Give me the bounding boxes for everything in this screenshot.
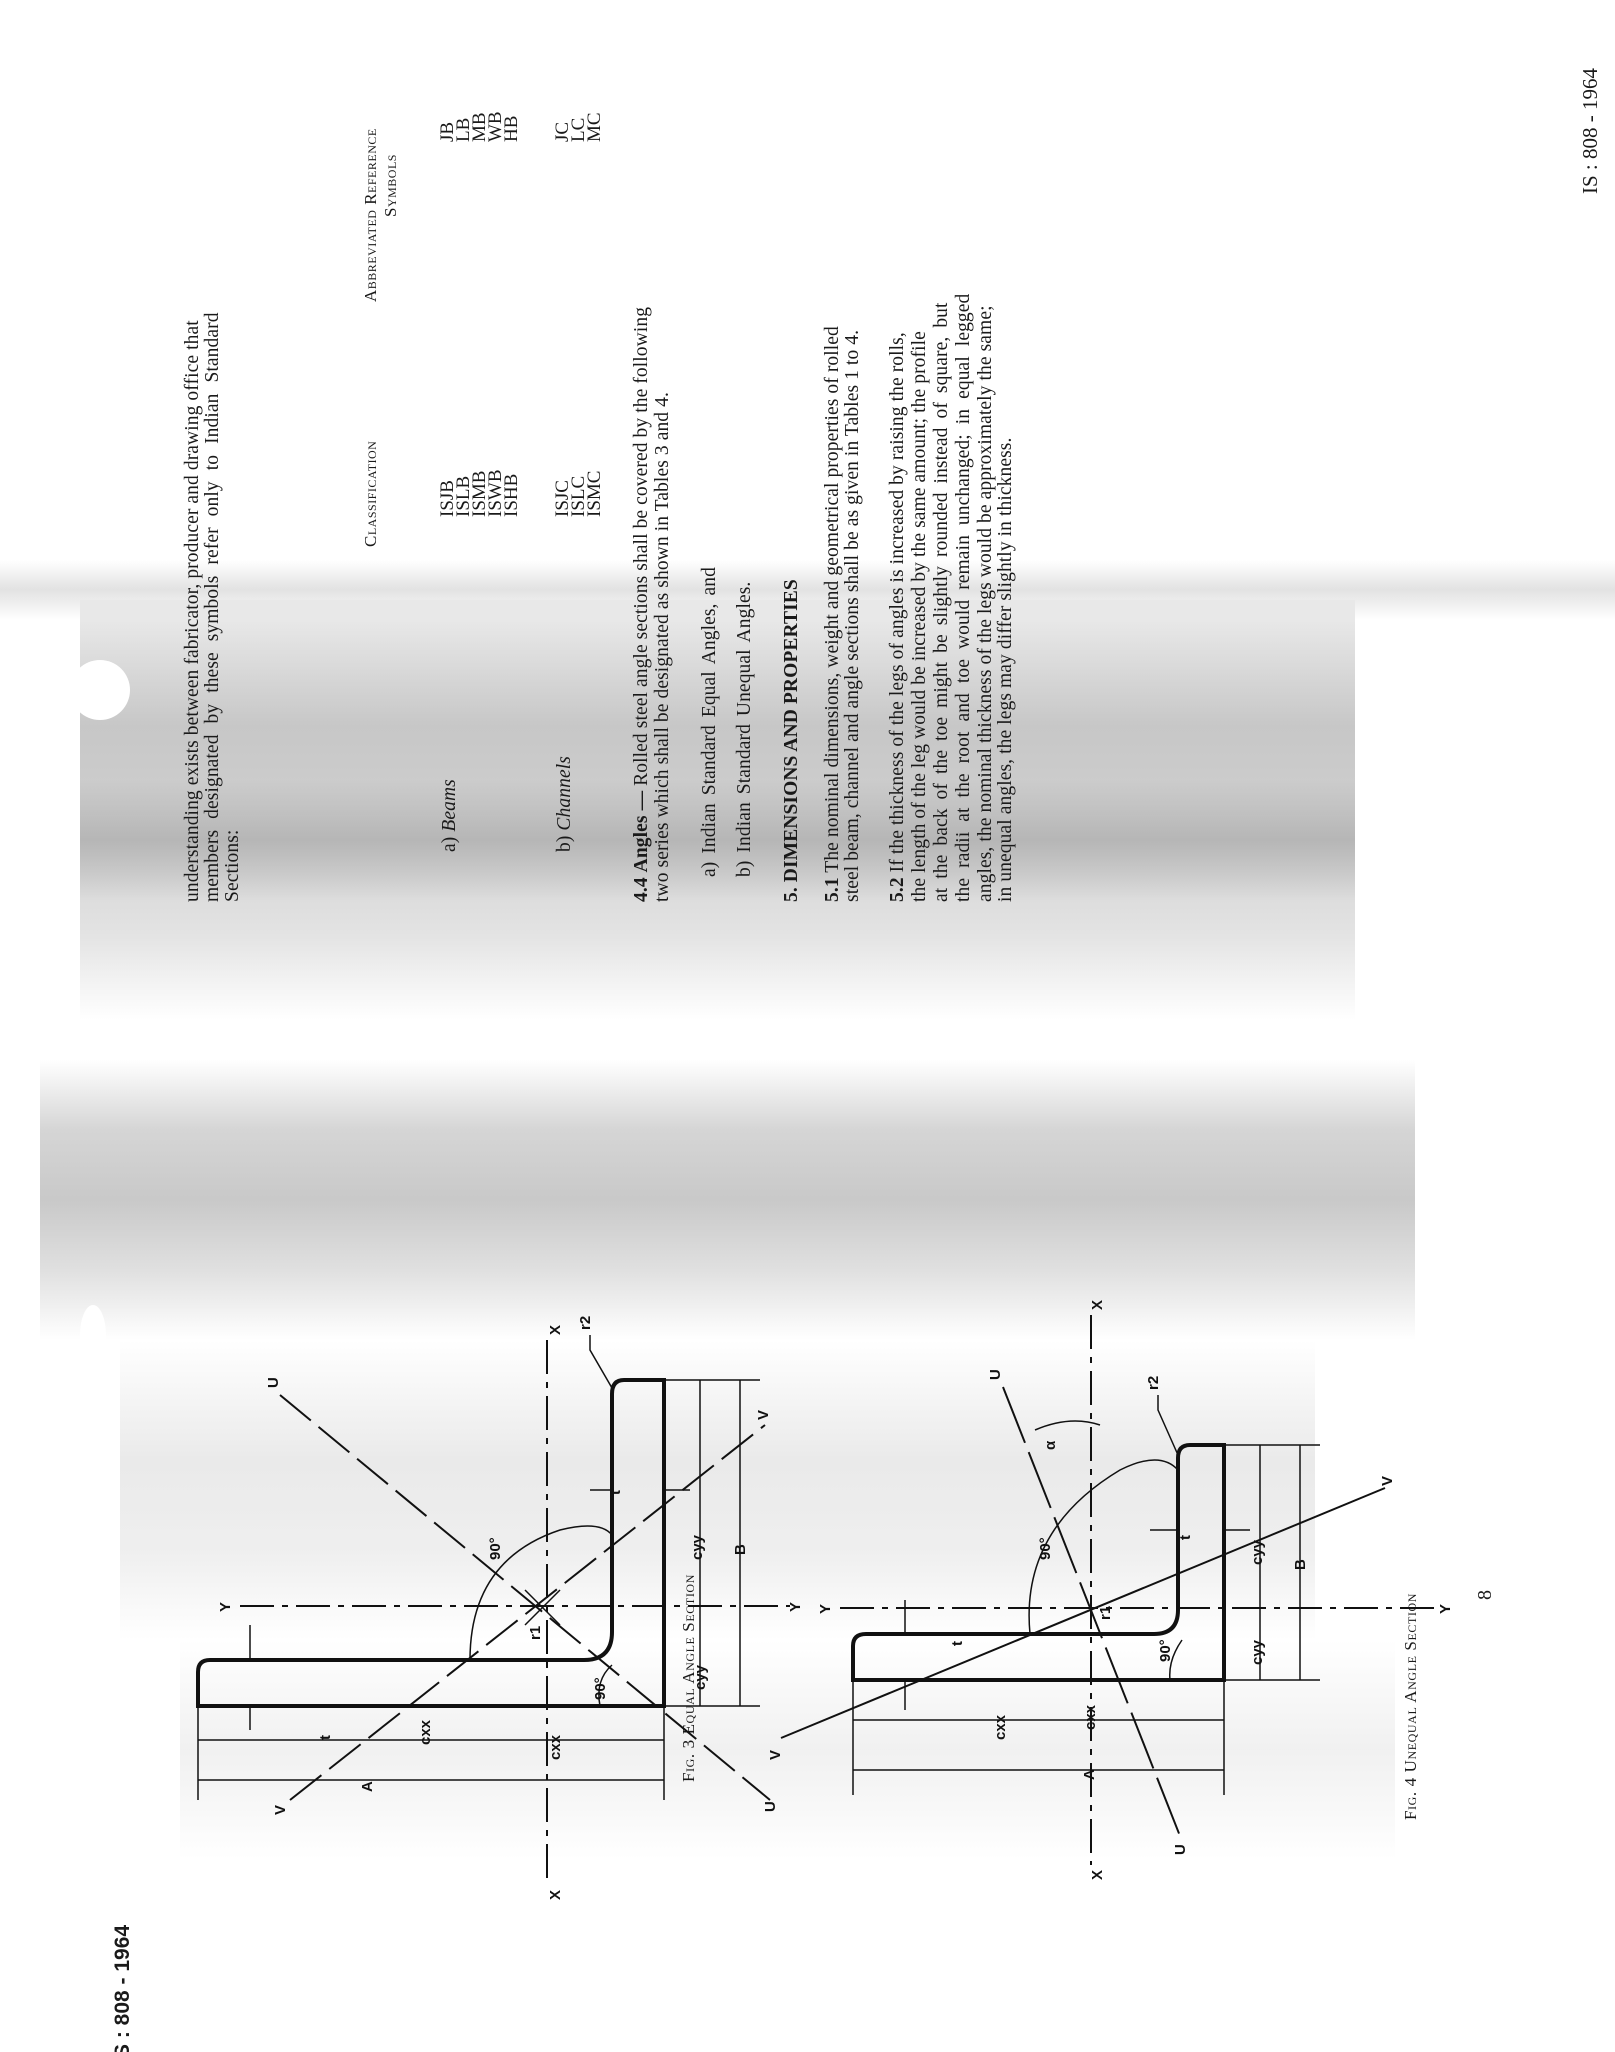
fig4-v-left: V: [767, 1750, 784, 1760]
figure-4-labels: X X Y Y U U V V A B t t cxx cxx cyy cyy …: [767, 1300, 1454, 1880]
fig3-cyy: cyy: [689, 1534, 706, 1560]
fig3-r1: r1: [527, 1626, 544, 1640]
fig3-x-top: X: [547, 1325, 564, 1335]
fig3-x-bottom: X: [547, 1890, 564, 1900]
fig3-cxx2: cxx: [547, 1734, 564, 1760]
fig3-b: B: [732, 1544, 749, 1555]
fig3-angle: 90°: [487, 1537, 504, 1560]
fig4-y-left: Y: [817, 1604, 834, 1614]
fig4-cxx: cxx: [992, 1714, 1009, 1740]
fig4-t: t: [949, 1641, 966, 1646]
figure-3-equal-angle: [198, 1335, 790, 1880]
fig3-v-right: V: [755, 1410, 772, 1420]
fig4-x-top: X: [1089, 1300, 1106, 1310]
fig4-u-bottom: U: [1172, 1844, 1189, 1855]
fig4-b: B: [1292, 1559, 1309, 1570]
fig4-v-right: V: [1379, 1476, 1396, 1486]
figure-3-labels: X X Y Y U U V V A B t t cxx cxx cyy cyy …: [217, 1316, 804, 1900]
fig4-angle: 90°: [1037, 1537, 1054, 1560]
angle-section-figures: X X Y Y U U V V A B t t cxx cxx cyy cyy …: [0, 0, 1615, 2052]
fig4-angle-2: 90°: [1157, 1639, 1174, 1662]
fig3-angle-2: 90°: [592, 1677, 609, 1700]
fig3-cyy2: cyy: [692, 1664, 709, 1690]
fig4-cxx2: cxx: [1082, 1704, 1099, 1730]
fig3-r2: r2: [577, 1316, 594, 1330]
figure-4-unequal-angle: [781, 1315, 1440, 1865]
fig4-r1: r1: [1097, 1606, 1114, 1620]
fig3-t: t: [317, 1735, 334, 1740]
fig3-y-right: Y: [787, 1602, 804, 1612]
fig4-cyy: cyy: [1249, 1539, 1266, 1565]
fig4-t2: t: [1177, 1535, 1194, 1540]
fig4-a: A: [1081, 1769, 1098, 1780]
fig4-alpha: α: [1042, 1440, 1059, 1450]
fig3-u-bottom: U: [762, 1801, 779, 1812]
fig4-x-bottom: X: [1089, 1870, 1106, 1880]
fig4-y-right: Y: [1437, 1604, 1454, 1614]
fig3-v-left: V: [272, 1805, 289, 1815]
fig4-cyy2: cyy: [1249, 1639, 1266, 1665]
fig4-u-top: U: [987, 1369, 1004, 1380]
fig3-y-left: Y: [217, 1602, 234, 1612]
fig3-cxx: cxx: [417, 1719, 434, 1745]
fig4-r2: r2: [1145, 1376, 1162, 1390]
fig3-u-top: U: [265, 1377, 282, 1388]
fig3-t2: t: [607, 1490, 624, 1495]
fig3-a: A: [359, 1781, 376, 1792]
